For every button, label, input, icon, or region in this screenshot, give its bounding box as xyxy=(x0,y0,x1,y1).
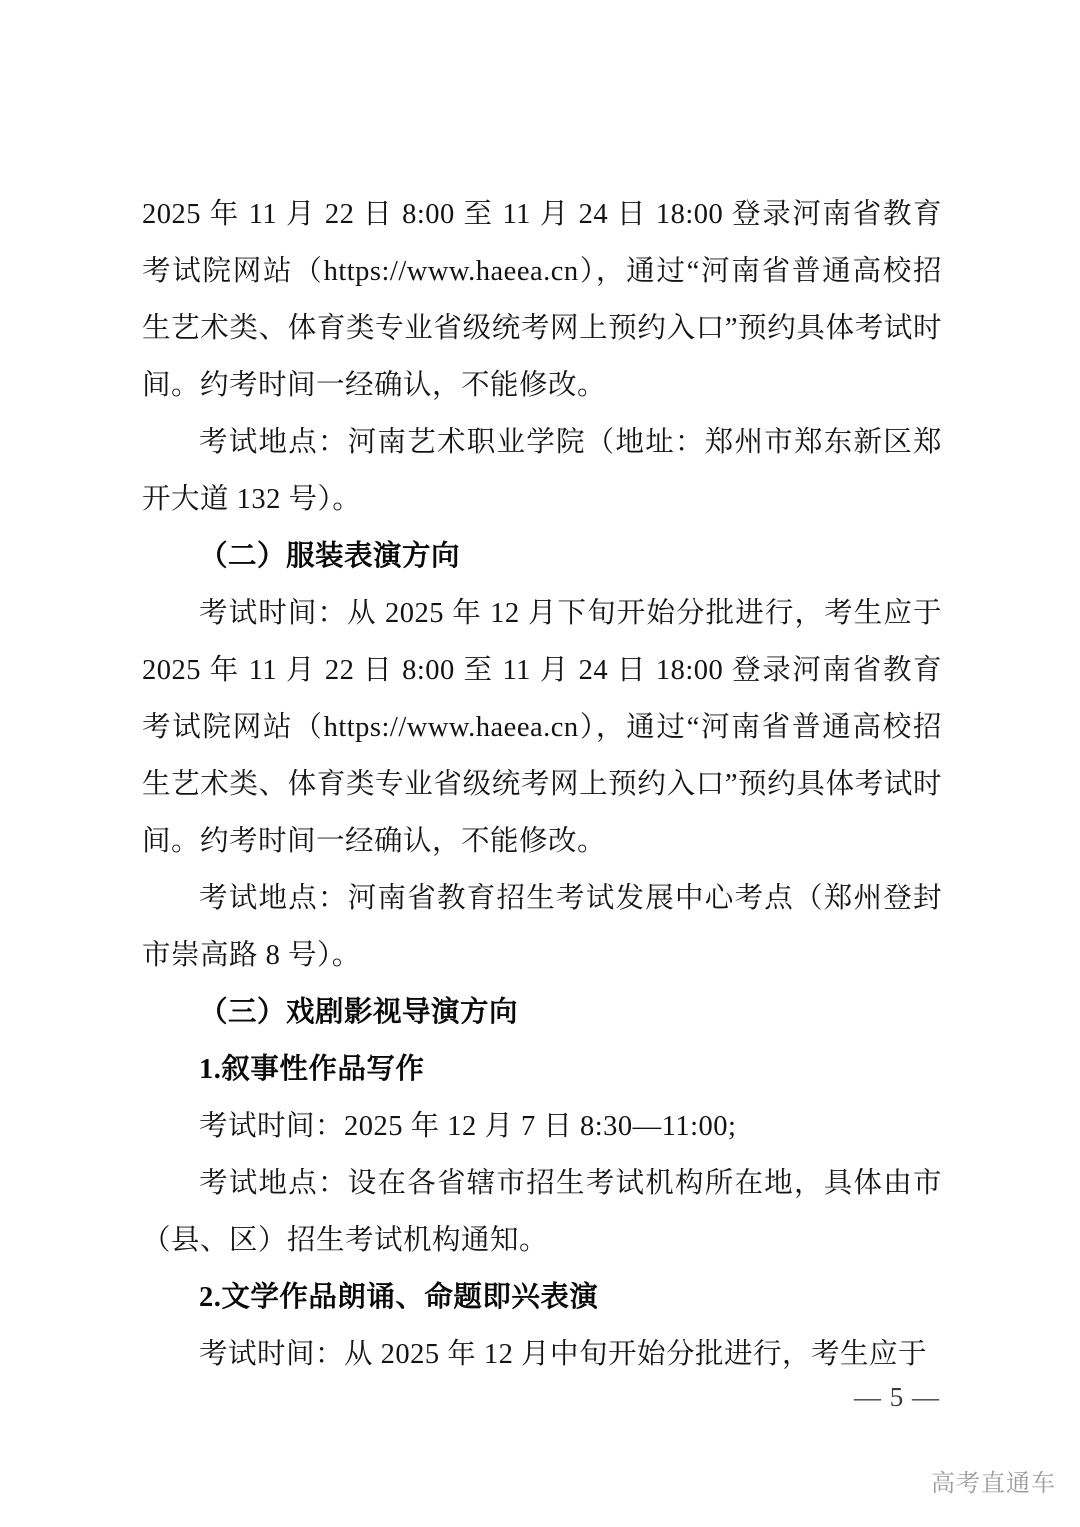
section-heading: 1.叙事性作品写作 xyxy=(142,1041,942,1098)
paragraph: 考试时间：2025 年 12 月 7 日 8:30—11:00; xyxy=(142,1098,942,1155)
paragraph: 考试地点：河南艺术职业学院（地址：郑州市郑东新区郑开大道 132 号）。 xyxy=(142,414,942,528)
watermark-text: 高考直通车 xyxy=(931,1470,1056,1498)
paragraph: 考试时间：从 2025 年 12 月中旬开始分批进行，考生应于 xyxy=(142,1326,942,1383)
paragraph: 考试地点：河南省教育招生考试发展中心考点（郑州登封市崇高路 8 号）。 xyxy=(142,870,942,984)
section-heading: （三）戏剧影视导演方向 xyxy=(142,984,942,1041)
section-heading: （二）服装表演方向 xyxy=(142,528,942,585)
paragraph: 考试时间：从 2025 年 12 月下旬开始分批进行，考生应于 2025 年 1… xyxy=(142,585,942,870)
paragraph: 考试地点：设在各省辖市招生考试机构所在地，具体由市（县、区）招生考试机构通知。 xyxy=(142,1155,942,1269)
document-page: 2025 年 11 月 22 日 8:00 至 11 月 24 日 18:00 … xyxy=(0,0,1080,1527)
page-number: — 5 — xyxy=(854,1382,940,1412)
document-body: 2025 年 11 月 22 日 8:00 至 11 月 24 日 18:00 … xyxy=(142,186,942,1383)
section-heading: 2.文学作品朗诵、命题即兴表演 xyxy=(142,1269,942,1326)
paragraph: 2025 年 11 月 22 日 8:00 至 11 月 24 日 18:00 … xyxy=(142,186,942,414)
